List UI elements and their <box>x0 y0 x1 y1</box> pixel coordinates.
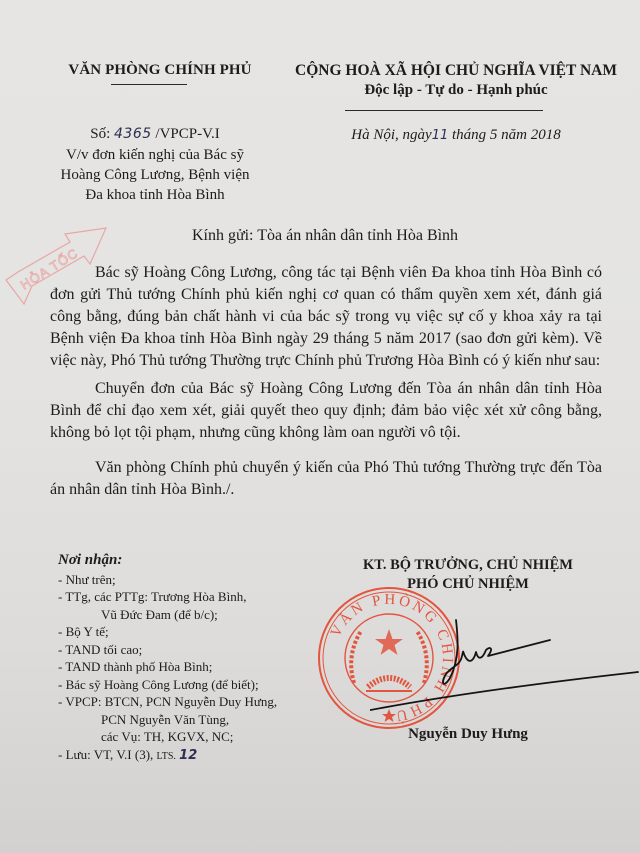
subject-line: V/v đơn kiến nghị của Bác sỹ <box>30 145 280 165</box>
document-number: Số: 4365 /VPCP-V.I <box>30 126 280 143</box>
recipient-item: - TAND tối cao; <box>58 641 338 659</box>
recipient-item: Vũ Đức Đam (để b/c); <box>58 606 338 624</box>
national-motto: Độc lập - Tự do - Hạnh phúc <box>276 82 636 99</box>
date-suffix: tháng 5 năm 2018 <box>448 127 561 143</box>
recipient-item: các Vụ: TH, KGVX, NC; <box>58 728 338 746</box>
date-prefix: Hà Nội, ngày <box>351 127 431 143</box>
body-paragraph: Văn phòng Chính phủ chuyển ý kiến của Ph… <box>50 457 602 501</box>
subject-line: Hoàng Công Lương, Bệnh viện <box>30 165 280 185</box>
archive-handwritten: 12 <box>179 748 197 763</box>
agency-underline <box>111 84 187 85</box>
signer-title-line1: KT. BỘ TRƯỞNG, CHỦ NHIỆM <box>330 557 606 574</box>
issuing-agency: VĂN PHÒNG CHÍNH PHỦ <box>60 62 260 79</box>
recipient-item: - Bác sỹ Hoàng Công Lương (để biết); <box>58 676 338 694</box>
recipients-title: Nơi nhận: <box>58 552 338 570</box>
letter-body: Bác sỹ Hoàng Công Lương, công tác tại Bệ… <box>50 262 602 501</box>
recipient-item: - VPCP: BTCN, PCN Nguyễn Duy Hưng, <box>58 693 338 711</box>
signer-name: Nguyễn Duy Hưng <box>330 726 606 743</box>
subject: V/v đơn kiến nghị của Bác sỹ Hoàng Công … <box>30 145 280 205</box>
date-day-handwritten: 11 <box>432 128 449 143</box>
archive-lts: LTS. <box>157 751 176 762</box>
recipient-item: - Bộ Y tế; <box>58 623 338 641</box>
signature-icon <box>370 608 640 718</box>
body-paragraph: Chuyển đơn của Bác sỹ Hoàng Công Lương đ… <box>50 378 602 444</box>
nation-name: CỘNG HOÀ XÃ HỘI CHỦ NGHĨA VIỆT NAM <box>276 62 636 80</box>
official-letter: VĂN PHÒNG CHÍNH PHỦ Số: 4365 /VPCP-V.I V… <box>0 0 640 853</box>
recipients-list: Nơi nhận: - Như trên; - TTg, các PTTg: T… <box>58 552 338 765</box>
number-prefix: Số: <box>90 126 110 142</box>
addressee: Kính gửi: Tòa án nhân dân tỉnh Hòa Bình <box>0 227 640 245</box>
recipient-item: - TAND thành phố Hòa Bình; <box>58 658 338 676</box>
recipient-item: PCN Nguyễn Văn Tùng, <box>58 711 338 729</box>
number-suffix: /VPCP-V.I <box>155 126 219 142</box>
subject-line: Đa khoa tỉnh Hòa Bình <box>30 185 280 205</box>
body-paragraph: Bác sỹ Hoàng Công Lương, công tác tại Bệ… <box>50 262 602 372</box>
number-handwritten: 4365 <box>114 126 152 142</box>
place-date: Hà Nội, ngày11 tháng 5 năm 2018 <box>276 127 636 144</box>
archive-prefix: - Lưu: VT, V.I (3), <box>58 747 157 762</box>
recipient-item: - TTg, các PTTg: Trương Hòa Bình, <box>58 588 338 606</box>
motto-underline <box>345 110 543 111</box>
archive-line: - Lưu: VT, V.I (3), LTS. 12 <box>58 746 338 766</box>
recipient-item: - Như trên; <box>58 571 338 589</box>
